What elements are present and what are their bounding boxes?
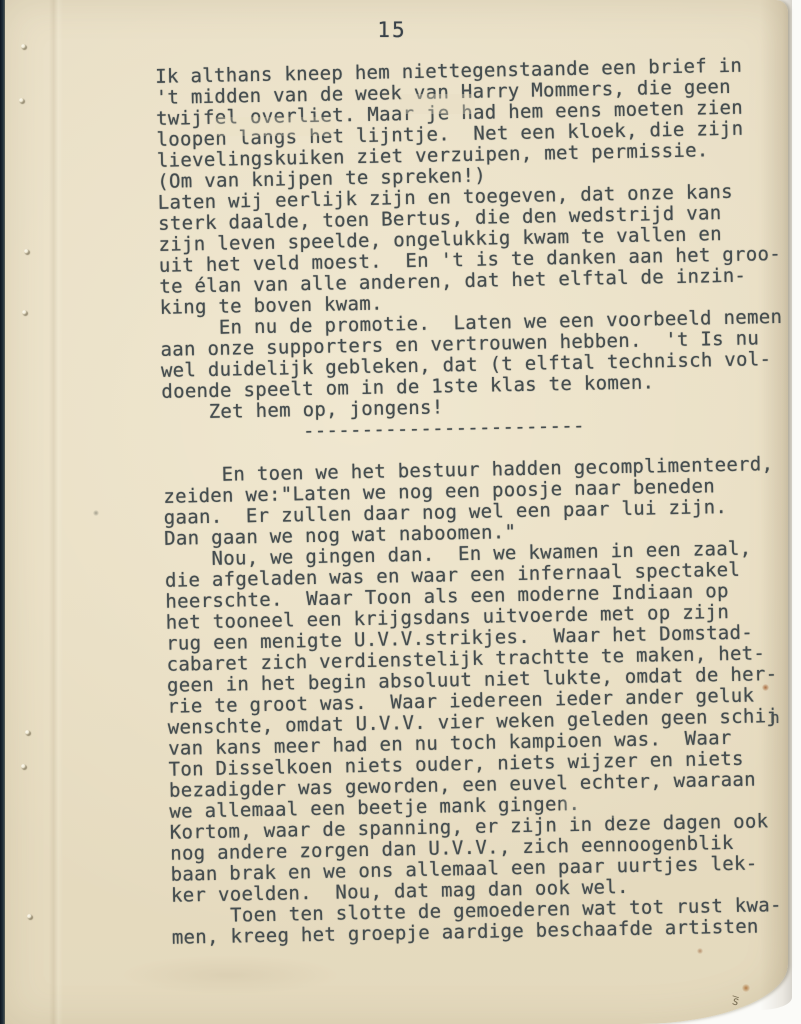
paper-crease bbox=[49, 0, 63, 1024]
pin-hole bbox=[24, 249, 29, 254]
pin-hole bbox=[21, 44, 26, 49]
pin-hole bbox=[27, 914, 32, 919]
rust-stain bbox=[742, 984, 750, 992]
dropped-typewriter-letter: n bbox=[770, 708, 780, 727]
page-number: 15 bbox=[352, 18, 432, 42]
typewritten-text: Ik althans kneep hem niettegenstaande ee… bbox=[155, 55, 794, 949]
scanner-edge bbox=[0, 0, 5, 1024]
pin-hole bbox=[21, 764, 26, 769]
faded-ink-patch bbox=[215, 117, 335, 136]
scanned-document: { "document": { "page_number": "15", "dr… bbox=[0, 0, 801, 1024]
faded-ink-patch bbox=[400, 94, 475, 114]
pin-hole bbox=[22, 310, 27, 315]
pin-hole bbox=[19, 98, 24, 103]
pin-hole bbox=[25, 730, 30, 735]
paper-smudge bbox=[120, 955, 340, 995]
rust-stain bbox=[697, 948, 703, 954]
ink-speck bbox=[93, 510, 99, 516]
faded-ink-patch bbox=[560, 800, 620, 818]
